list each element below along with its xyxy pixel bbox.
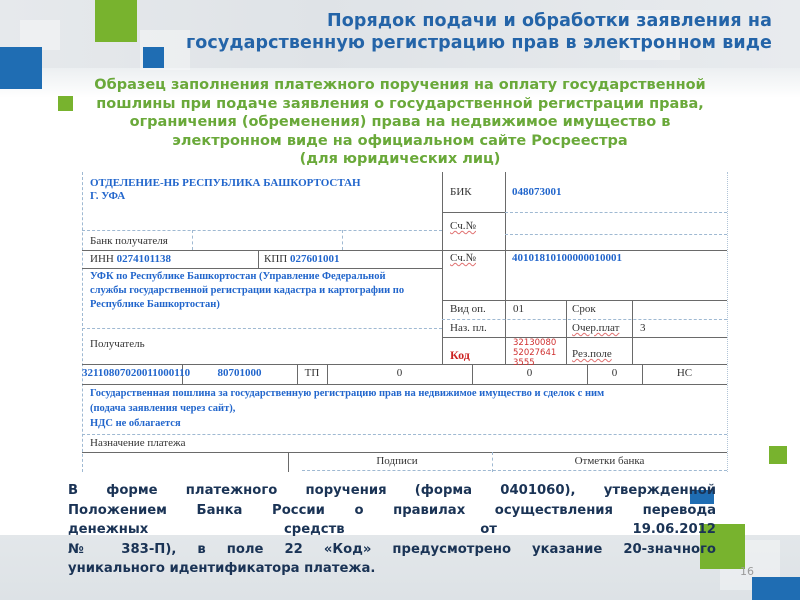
title-line: государственную регистрацию прав в элект… <box>152 32 772 54</box>
title-line: Порядок подачи и обработки заявления на <box>152 10 772 32</box>
purpose-label: Назначение платежа <box>90 437 185 449</box>
op-type-value: 01 <box>513 303 524 315</box>
term-label: Срок <box>572 303 596 315</box>
slide-title: Порядок подачи и обработки заявления на … <box>152 10 772 54</box>
explanation-line: денежных средств от 19.06.2012 <box>68 520 716 540</box>
kpp-label: КПП <box>264 253 287 265</box>
kpp-field: КПП 027601001 <box>264 253 339 265</box>
payment-order-form: ОТДЕЛЕНИЕ-НБ РЕСПУБЛИКА БАШКОРТОСТАН Г. … <box>82 172 728 472</box>
purpose-code-label: Наз. пл. <box>450 322 487 334</box>
decor-square-blue <box>752 577 800 600</box>
subtitle-line: электронном виде на официальном сайте Ро… <box>70 132 730 151</box>
basis-value: ТП <box>297 367 327 379</box>
explanation-line: В форме платежного поручения (форма 0401… <box>68 481 716 501</box>
reserve-label: Рез.поле <box>572 348 612 360</box>
code-label: Код <box>450 348 470 363</box>
recipient-label: Получатель <box>90 338 145 350</box>
priority-label: Очер.плат <box>572 322 619 334</box>
payment-type-value: НС <box>642 367 727 379</box>
recipient-line: УФК по Республике Башкортостан (Управлен… <box>90 270 404 284</box>
kbk-value: 32110807020011000110 <box>82 367 182 379</box>
subtitle-line: ограничения (обременения) права на недви… <box>70 113 730 132</box>
code-value-line: 52027641 <box>513 348 556 358</box>
inn-field: ИНН 0274101138 <box>90 253 171 265</box>
explanation-line: Положением Банка России о правилах осуще… <box>68 501 716 521</box>
doc-number-value: 0 <box>472 367 587 379</box>
code-value-line: 32130080 <box>513 338 556 348</box>
explanation-line: № 383-П), в поле 22 «Код» предусмотрено … <box>68 540 716 560</box>
code-value: 32130080 52027641 3555 <box>513 338 556 368</box>
kpp-value: 027601001 <box>290 253 340 265</box>
op-type-label: Вид оп. <box>450 303 486 315</box>
explanation-line: уникального идентификатора платежа. <box>68 559 716 579</box>
account2-label: Сч.№ <box>450 252 476 264</box>
page-number: 16 <box>740 565 754 578</box>
account2-value: 40101810100000010001 <box>512 252 622 264</box>
subtitle-line: (для юридических лиц) <box>70 150 730 169</box>
signatures-label: Подписи <box>302 455 492 467</box>
explanation-text: В форме платежного поручения (форма 0401… <box>68 481 716 579</box>
bik-label: БИК <box>450 186 472 198</box>
slide-subtitle: Образец заполнения платежного поручения … <box>70 76 730 169</box>
subtitle-line: Образец заполнения платежного поручения … <box>70 76 730 95</box>
decor-square-green <box>769 446 787 464</box>
bank-name-line: Г. УФА <box>90 190 361 203</box>
oktmo-value: 80701000 <box>182 367 297 379</box>
bik-value: 048073001 <box>512 186 562 198</box>
subtitle-line: пошлины при подаче заявления о государст… <box>70 95 730 114</box>
bank-name-line: ОТДЕЛЕНИЕ-НБ РЕСПУБЛИКА БАШКОРТОСТАН <box>90 177 361 190</box>
recipient-line: Республике Башкортостан) <box>90 298 404 312</box>
decor-square-green <box>95 0 137 42</box>
period-value: 0 <box>327 367 472 379</box>
bank-name: ОТДЕЛЕНИЕ-НБ РЕСПУБЛИКА БАШКОРТОСТАН Г. … <box>90 177 361 203</box>
priority-value: 3 <box>640 322 646 334</box>
doc-date-value: 0 <box>587 367 642 379</box>
purpose-line: НДС не облагается <box>90 416 604 431</box>
bank-label: Банк получателя <box>90 235 168 247</box>
recipient-line: службы государственной регистрации кадас… <box>90 284 404 298</box>
bg-tile <box>20 20 60 50</box>
payment-purpose-text: Государственная пошлина за государственн… <box>90 386 604 431</box>
decor-square-blue <box>0 47 42 89</box>
purpose-line: (подача заявления через сайт), <box>90 401 604 416</box>
purpose-line: Государственная пошлина за государственн… <box>90 386 604 401</box>
recipient-name: УФК по Республике Башкортостан (Управлен… <box>90 270 404 312</box>
bank-marks-label: Отметки банка <box>492 455 727 467</box>
inn-value: 0274101138 <box>117 253 171 265</box>
account1-label: Сч.№ <box>450 220 476 232</box>
inn-label: ИНН <box>90 253 114 265</box>
